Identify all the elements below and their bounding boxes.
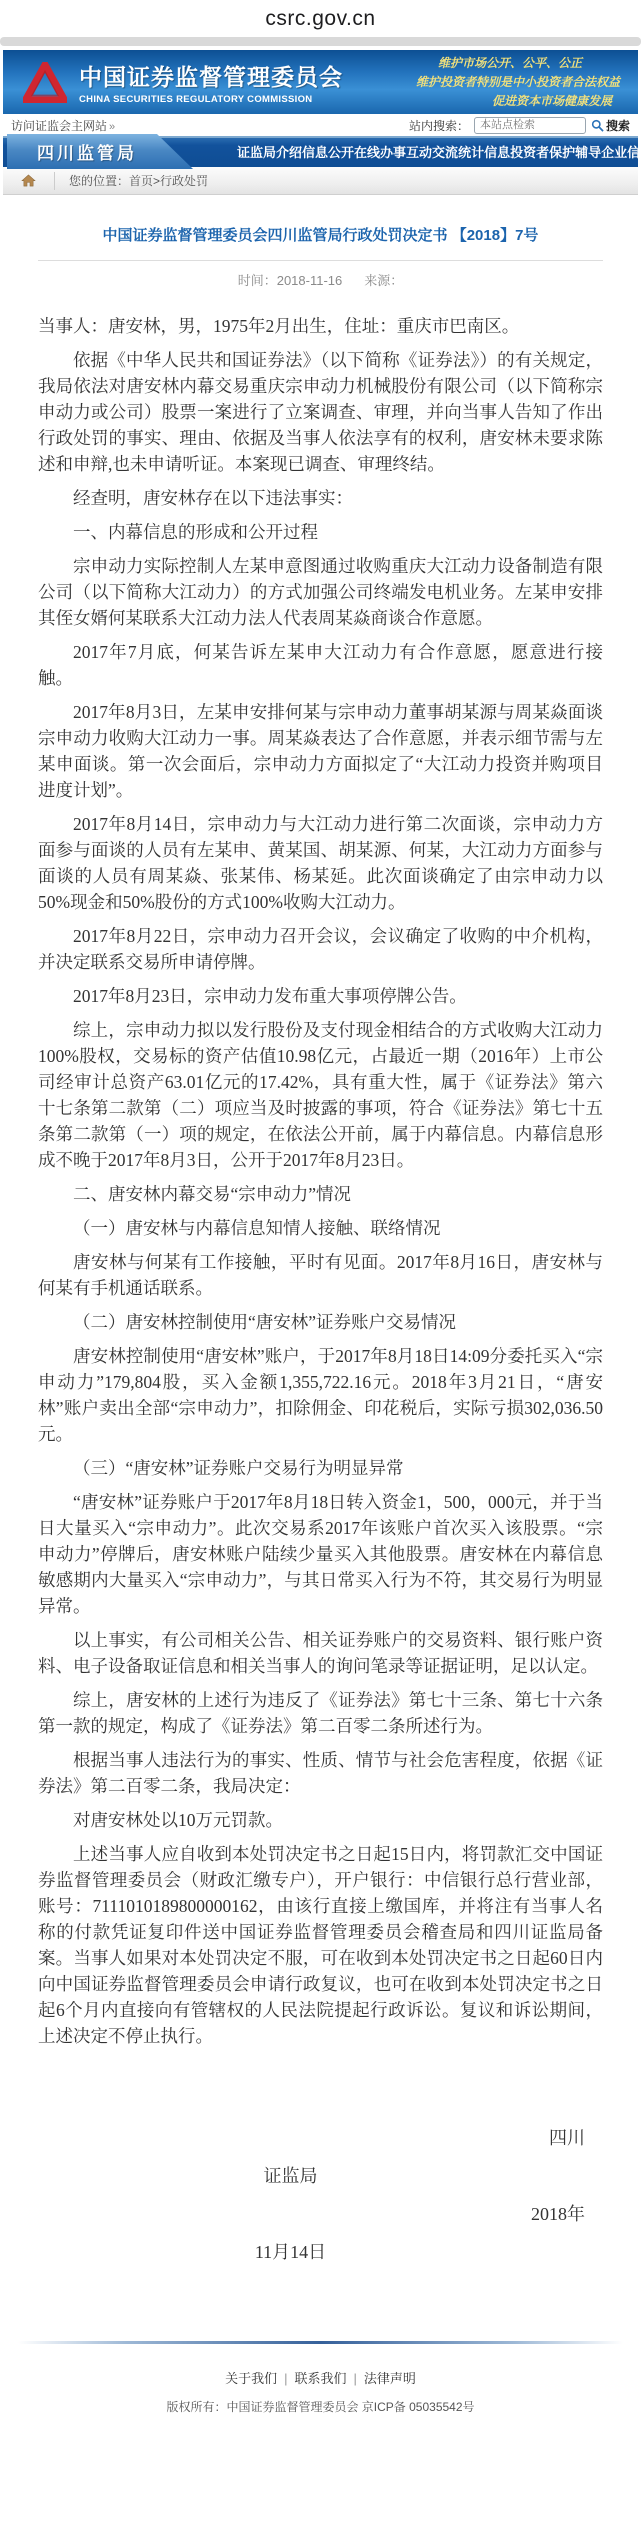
doc-paragraph: 综上，宗申动力拟以发行股份及支付现金相结合的方式收购大江动力100%股权，交易标…	[38, 1017, 603, 1173]
search-icon	[591, 119, 604, 132]
toolbar: 访问证监会主网站» 站内搜索： 搜索	[3, 114, 638, 136]
title-divider	[38, 260, 603, 261]
doc-body: 当事人：唐安林，男，1975年2月出生，住址：重庆市巴南区。依据《中华人民共和国…	[38, 313, 603, 2049]
doc-paragraph: 一、内幕信息的形成和公开过程	[38, 519, 603, 545]
doc-paragraph: 2017年8月14日，宗申动力与大江动力进行第二次面谈，宗申动力方面参与面谈的人…	[38, 811, 603, 915]
top-divider-band	[0, 37, 641, 46]
doc-paragraph: 上述当事人应自收到本处罚决定书之日起15日内，将罚款汇交中国证券监督管理委员会（…	[38, 1841, 603, 2049]
footer-link-3[interactable]: 法律声明	[364, 2371, 416, 2386]
site-footer: 关于我们|联系我们|法律声明 版权所有：中国证券监督管理委员会 京ICP备 05…	[0, 2344, 641, 2453]
doc-paragraph: 经查明，唐安林存在以下违法事实：	[38, 485, 603, 511]
org-name: 中国证券监督管理委员会 CHINA SECURITIES REGULATORY …	[79, 59, 343, 105]
signature-line: 证监局	[38, 2157, 603, 2195]
nav-item-1[interactable]: 证监局介绍	[237, 138, 302, 167]
signature-line: 四川	[38, 2119, 603, 2157]
search-button-label: 搜索	[606, 117, 630, 134]
nav-item-2[interactable]: 信息公开	[302, 138, 354, 167]
doc-paragraph: 唐安林控制使用“唐安林”账户，于2017年8月18日14:09分委托买入“宗申动…	[38, 1343, 603, 1447]
doc-paragraph: 2017年8月3日，左某申安排何某与宗申动力董事胡某源与周某焱面谈宗申动力收购大…	[38, 699, 603, 803]
slogan-line-3: 促进资本市场健康发展	[416, 92, 620, 111]
breadcrumb: 您的位置：首页>行政处罚	[69, 172, 208, 189]
browser-title: csrc.gov.cn	[0, 0, 641, 37]
signature-block: 四川证监局2018年11月14日	[38, 2119, 603, 2271]
footer-link-1[interactable]: 关于我们	[225, 2371, 277, 2386]
main-nav: 四川监管局 证监局介绍信息公开在线办事互动交流统计信息投资者保护辅导企业信息	[3, 136, 638, 167]
doc-paragraph: 唐安林与何某有工作接触，平时有见面。2017年8月16日，唐安林与何某有手机通话…	[38, 1249, 603, 1301]
slogan-line-2: 维护投资者特别是中小投资者合法权益	[416, 73, 620, 92]
doc-paragraph: “唐安林”证券账户于2017年8月18日转入资金1，500，000元，并于当日大…	[38, 1489, 603, 1619]
home-icon[interactable]	[3, 172, 55, 190]
main-site-arrow-icon: »	[109, 121, 115, 133]
doc-paragraph: （三）“唐安林”证券账户交易行为明显异常	[38, 1455, 603, 1481]
breadcrumb-bar: 您的位置：首页>行政处罚	[3, 167, 638, 195]
doc-paragraph: （一）唐安林与内幕信息知情人接触、联络情况	[38, 1215, 603, 1241]
signature-line: 11月14日	[38, 2233, 603, 2271]
doc-paragraph: 综上，唐安林的上述行为违反了《证券法》第七十三条、第七十六条第一款的规定，构成了…	[38, 1687, 603, 1739]
article: 中国证券监督管理委员会四川监管局行政处罚决定书 【2018】7号 时间：2018…	[0, 195, 641, 2271]
doc-meta-source: 来源：	[364, 273, 403, 288]
bureau-tab-label: 四川监管局	[37, 139, 137, 164]
bureau-tab[interactable]: 四川监管局	[7, 134, 193, 169]
doc-paragraph: 根据当事人违法行为的事实、性质、情节与社会危害程度，依据《证券法》第二百零二条，…	[38, 1747, 603, 1799]
doc-paragraph: （二）唐安林控制使用“唐安林”证券账户交易情况	[38, 1309, 603, 1335]
doc-meta-time: 时间：2018-11-16	[238, 273, 343, 288]
nav-item-4[interactable]: 互动交流	[406, 138, 458, 167]
copyright: 版权所有：中国证券监督管理委员会 京ICP备 05035542号	[0, 2398, 641, 2415]
footer-link-2[interactable]: 联系我们	[294, 2371, 346, 2386]
doc-paragraph: 2017年8月22日，宗申动力召开会议，会议确定了收购的中介机构，并决定联系交易…	[38, 923, 603, 975]
doc-paragraph: 对唐安林处以10万元罚款。	[38, 1807, 603, 1833]
main-site-link[interactable]: 访问证监会主网站»	[11, 117, 115, 134]
search-area: 站内搜索： 搜索	[409, 117, 630, 134]
doc-paragraph: 依据《中华人民共和国证券法》（以下简称《证券法》）的有关规定，我局依法对唐安林内…	[38, 347, 603, 477]
nav-item-3[interactable]: 在线办事	[354, 138, 406, 167]
doc-meta: 时间：2018-11-16来源：	[38, 270, 603, 289]
search-button[interactable]: 搜索	[591, 117, 630, 134]
nav-item-6[interactable]: 投资者保护	[510, 138, 575, 167]
footer-link-separator: |	[284, 2371, 287, 2386]
site-header: 中国证券监督管理委员会 CHINA SECURITIES REGULATORY …	[3, 50, 638, 114]
page: csrc.gov.cn 中国证券监督管理委员会 CHINA SECURITIES…	[0, 0, 641, 2453]
org-name-cn: 中国证券监督管理委员会	[79, 59, 343, 92]
footer-links: 关于我们|联系我们|法律声明	[0, 2368, 641, 2387]
doc-paragraph: 以上事实，有公司相关公告、相关证券账户的交易资料、银行账户资料、电子设备取证信息…	[38, 1627, 603, 1679]
signature-line: 2018年	[38, 2195, 603, 2233]
doc-paragraph: 2017年8月23日，宗申动力发布重大事项停牌公告。	[38, 983, 603, 1009]
doc-paragraph: 2017年7月底，何某告诉左某申大江动力有合作意愿，愿意进行接触。	[38, 639, 603, 691]
doc-paragraph: 宗申动力实际控制人左某申意图通过收购重庆大江动力设备制造有限公司（以下简称大江动…	[38, 553, 603, 631]
search-label: 站内搜索：	[409, 117, 469, 134]
org-name-en: CHINA SECURITIES REGULATORY COMMISSION	[79, 94, 343, 105]
nav-items: 证监局介绍信息公开在线办事互动交流统计信息投资者保护辅导企业信息	[213, 138, 638, 167]
page-title: 中国证券监督管理委员会四川监管局行政处罚决定书 【2018】7号	[38, 225, 603, 247]
footer-link-separator: |	[354, 2371, 357, 2386]
csrc-logo-icon	[23, 61, 67, 103]
nav-item-7[interactable]: 辅导企业信息	[575, 138, 641, 167]
nav-item-5[interactable]: 统计信息	[458, 138, 510, 167]
slogan-line-1: 维护市场公开、公平、公正	[416, 54, 620, 73]
header-slogans: 维护市场公开、公平、公正维护投资者特别是中小投资者合法权益促进资本市场健康发展	[416, 54, 622, 111]
doc-paragraph: 二、唐安林内幕交易“宗申动力”情况	[38, 1181, 603, 1207]
search-input[interactable]	[474, 117, 586, 134]
doc-paragraph: 当事人：唐安林，男，1975年2月出生，住址：重庆市巴南区。	[38, 313, 603, 339]
